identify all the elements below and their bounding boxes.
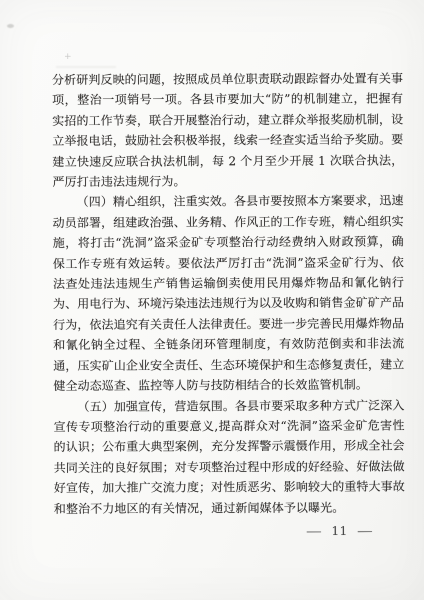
paragraph-section-five: （五）加强宣传，营造氛围。各县市要采取多种方式广泛深入宣传专项整治行动的重要意义… [53, 395, 405, 519]
page-number-footer: — 11 — [308, 524, 371, 538]
scan-speck [7, 24, 14, 28]
page-number: 11 [331, 524, 347, 538]
scanned-document-page: + 分析研判反映的问题，按照成员单位职责联动跟踪督办处置有关事项，整治一项销号一… [0, 0, 424, 600]
footer-dash-right: — [357, 524, 373, 538]
paragraph-section-four: （四）精心组织，注重实效。各县市要按照本方案要求，迅速动员部署，组建政治强、业务… [53, 191, 405, 397]
scan-smudge [56, 66, 116, 68]
footer-dash-left: — [306, 524, 322, 538]
document-body: 分析研判反映的问题，按照成员单位职责联动跟踪督办处置有关事项，整治一项销号一项。… [52, 68, 405, 518]
scan-plus-mark: + [64, 52, 72, 62]
paragraph-continuation: 分析研判反映的问题，按照成员单位职责联动跟踪督办处置有关事项，整治一项销号一项。… [52, 68, 404, 192]
